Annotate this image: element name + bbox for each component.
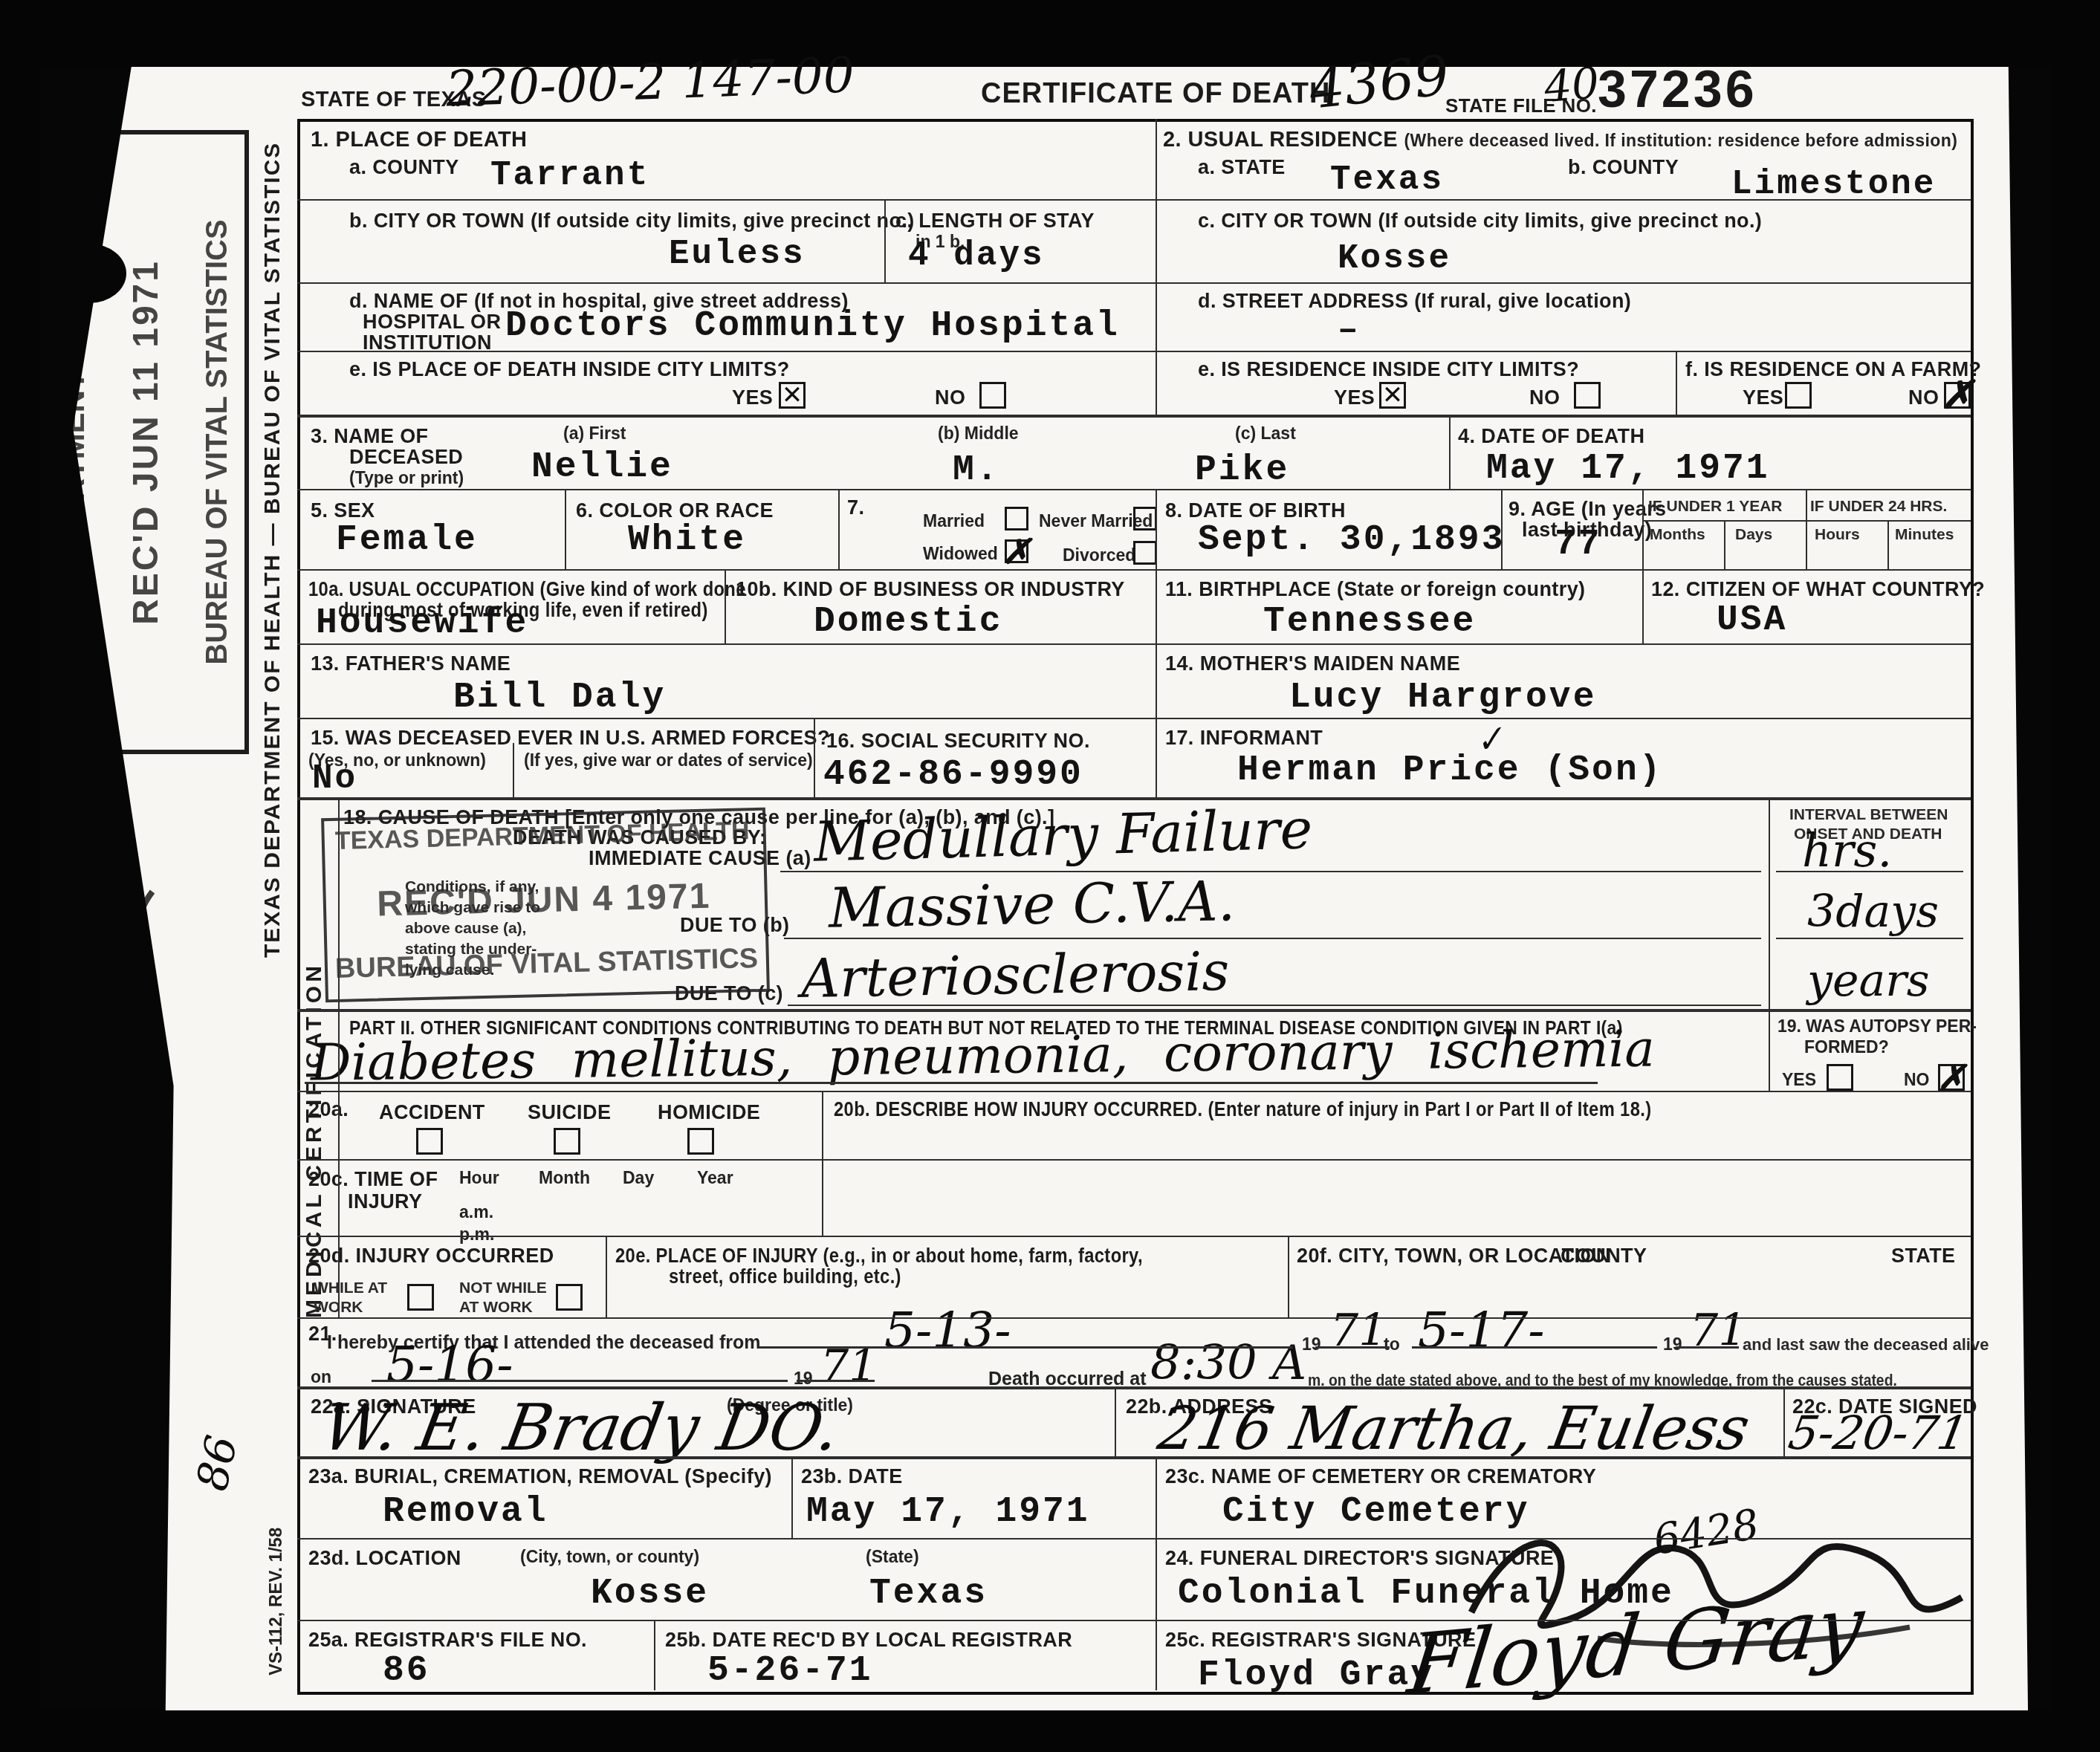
divider-line: [297, 1456, 1971, 1459]
field-4-label: 4. DATE OF DEATH: [1458, 425, 1644, 448]
field-5-label: 5. SEX: [311, 499, 375, 522]
stamp2-line1: TEXAS DEPARTMENT OF HEALTH: [331, 817, 753, 856]
divider-line: [1412, 1346, 1657, 1349]
am-label: a.m.: [459, 1202, 493, 1222]
days-label: Days: [1735, 526, 1772, 544]
vertical-dept-label: TEXAS DEPARTMENT OF HEALTH — BUREAU OF V…: [260, 123, 293, 977]
field-6-value: White: [628, 520, 746, 560]
field-7-married-label: Married: [923, 511, 985, 531]
interval-b-value: 3days: [1807, 886, 1939, 938]
date-signed-handwritten: 5-20-71: [1785, 1406, 1972, 1460]
field-9-value: 77: [1555, 525, 1602, 565]
divider-line: [1724, 520, 1725, 569]
field-20e-label2: street, office building, etc.): [669, 1265, 901, 1288]
field-1c-value: 4 days: [908, 236, 1045, 275]
at-work-label: AT WORK: [459, 1299, 533, 1317]
divider-line: [1156, 119, 1157, 415]
checkbox-1e-yes: ✕: [779, 382, 806, 409]
divider-line: [788, 1005, 1761, 1006]
handwritten-40: 40: [1542, 57, 1601, 112]
divider-line: [1642, 489, 1644, 569]
certificate-title: CERTIFICATE OF DEATH: [981, 78, 1330, 110]
year-71-a: 71: [1330, 1305, 1387, 1357]
field-12-value: USA: [1717, 600, 1787, 640]
cause-a-value: Medullary Failure: [813, 797, 1313, 875]
divider-line: [1156, 718, 1157, 797]
form-code-label: VS-112, REV. 1/58: [266, 1508, 294, 1694]
field-1e-yes-label: YES: [732, 386, 773, 409]
divider-line: [513, 743, 514, 797]
field-8-value: Sept. 30,1893: [1198, 520, 1505, 560]
attended-from-date: 5-13-: [884, 1302, 1011, 1359]
state-file-number-stamp: 37236: [1598, 59, 1757, 119]
field-25a-label: 25a. REGISTRAR'S FILE NO.: [308, 1629, 587, 1652]
field-23d-value1: Kosse: [591, 1574, 709, 1614]
field-2c-label: c. CITY OR TOWN (If outside city limits,…: [1198, 210, 1762, 233]
divider-line: [297, 1386, 1971, 1389]
to-label: to: [1384, 1334, 1400, 1354]
field-2f-label: f. IS RESIDENCE ON A FARM?: [1685, 358, 1981, 381]
field-14-value: Lucy Hargrove: [1289, 678, 1596, 718]
field-4-value: May 17, 1971: [1486, 449, 1770, 489]
field-7-widowed-label: Widowed: [923, 544, 998, 564]
suicide-label: SUICIDE: [528, 1101, 611, 1124]
divider-line: [1156, 569, 1157, 643]
field-2c-value: Kosse: [1338, 239, 1451, 278]
field-1c-label: c. LENGTH OF STAY: [895, 210, 1095, 233]
year-19-c: 19: [794, 1369, 813, 1389]
divider-line: [297, 643, 1971, 645]
field-1e-no-label: NO: [935, 386, 965, 409]
divider-line: [1315, 1346, 1390, 1349]
divider-line: [1776, 938, 1963, 939]
divider-line: [1156, 489, 1157, 569]
divider-line: [297, 415, 1971, 418]
field-19-no-label: NO: [1904, 1070, 1930, 1090]
field-1b-value: Euless: [669, 235, 806, 273]
field-2b-label: b. COUNTY: [1568, 156, 1679, 179]
divider-line: [297, 1317, 1971, 1319]
field-2e-no-label: NO: [1529, 386, 1560, 409]
checkbox-2e-no: [1574, 382, 1601, 409]
field-20e-label1: 20e. PLACE OF INJURY (e.g., in or about …: [615, 1245, 1143, 1268]
field-13-value: Bill Daly: [453, 678, 666, 718]
day-label: Day: [623, 1168, 654, 1188]
field-1d-value: Doctors Community Hospital: [505, 306, 1120, 346]
field-14-label: 14. MOTHER'S MAIDEN NAME: [1165, 652, 1460, 675]
pm-label: p.m.: [459, 1224, 494, 1245]
checkbox-2f-yes: [1785, 382, 1812, 409]
field-20b-label: 20b. DESCRIBE HOW INJURY OCCURRED. (Ente…: [834, 1098, 1651, 1121]
divider-line: [784, 938, 1761, 939]
physician-signature: W. E. Brady DO.: [317, 1391, 845, 1465]
received-stamp-jun4: TEXAS DEPARTMENT OF HEALTH REC'D JUN 4 1…: [321, 808, 770, 1003]
while-at-label: WHILE AT: [314, 1279, 387, 1297]
divider-line: [297, 489, 1971, 490]
divider-line: [1288, 1236, 1289, 1317]
divider-line: [1769, 797, 1770, 1091]
divider-line: [1806, 489, 1807, 569]
divider-line: [1156, 199, 1971, 201]
divider-line: [1156, 282, 1971, 284]
divider-line: [1156, 351, 1971, 352]
divider-line: [297, 351, 1157, 352]
field-1a-value: Tarrant: [490, 156, 649, 195]
field-10a-label1: 10a. USUAL OCCUPATION (Give kind of work…: [308, 578, 746, 601]
field-11-value: Tennessee: [1263, 602, 1476, 642]
divider-line: [1642, 569, 1644, 643]
homicide-label: HOMICIDE: [658, 1101, 760, 1124]
divider-line: [297, 1538, 1971, 1540]
field-23c-label: 23c. NAME OF CEMETERY OR CREMATORY: [1165, 1465, 1596, 1488]
checkbox-while-at-work: [407, 1284, 434, 1311]
divider-line: [758, 1346, 1293, 1349]
divider-line: [297, 1009, 1971, 1012]
field-2a-label: a. STATE: [1198, 156, 1286, 179]
divider-line: [1887, 520, 1889, 569]
field-7-divorced-label: Divorced: [1063, 545, 1135, 565]
divider-line: [1156, 1620, 1157, 1690]
year-19-b: 19: [1663, 1334, 1682, 1354]
field-3-label1: 3. NAME OF: [311, 425, 429, 448]
divider-line: [654, 1620, 655, 1690]
field-1b-label: b. CITY OR TOWN (If outside city limits,…: [349, 210, 915, 233]
field-10a-value: Housewife: [316, 603, 528, 643]
divider-line: [297, 1620, 1971, 1621]
divider-line: [372, 1380, 788, 1382]
month-label: Month: [539, 1168, 590, 1188]
checkbox-7-widowed: ✗: [1005, 539, 1028, 563]
field-3b-label: (b) Middle: [938, 424, 1019, 444]
field-1d-label2: HOSPITAL OR: [363, 311, 501, 334]
field-11-label: 11. BIRTHPLACE (State or foreign country…: [1165, 578, 1585, 601]
divider-line: [565, 489, 566, 569]
divider-line: [305, 1082, 1598, 1084]
field-23a-value: Removal: [383, 1492, 548, 1532]
checkbox-7-divorced: [1133, 541, 1157, 565]
divider-line: [297, 569, 1971, 571]
field-3c-value: Pike: [1195, 450, 1289, 490]
field-3-label2: DECEASED: [349, 446, 463, 469]
interval-c-value: years: [1807, 955, 1930, 1007]
field-2e-yes-label: YES: [1334, 386, 1375, 409]
field-23d-label: 23d. LOCATION: [308, 1547, 461, 1570]
stamp2-line3: BUREAU OF VITAL STATISTICS: [335, 943, 756, 985]
field-3-label3: (Type or print): [349, 468, 464, 488]
divider-line: [725, 569, 726, 643]
divider-line: [297, 199, 1157, 201]
checkbox-2f-no: ✗: [1944, 382, 1971, 409]
stamp-line-bureau: BUREAU OF VITAL STATISTICS: [201, 142, 234, 742]
section1-title: 1. PLACE OF DEATH: [311, 128, 527, 152]
year-71-b: 71: [1690, 1305, 1746, 1357]
field-8-label: 8. DATE OF BIRTH: [1165, 499, 1346, 522]
field-20d-label: 20d. INJURY OCCURRED: [308, 1245, 554, 1268]
field-10b-label: 10b. KIND OF BUSINESS OR INDUSTRY: [736, 578, 1125, 601]
field-16-label: 16. SOCIAL SECURITY NO.: [826, 730, 1090, 753]
interval-label1: INTERVAL BETWEEN: [1789, 806, 1948, 824]
field-2f-no-label: NO: [1908, 386, 1939, 409]
checkbox-19-no: ✗: [1938, 1064, 1965, 1091]
state-label: STATE: [1891, 1245, 1956, 1268]
field-23b-label: 23b. DATE: [801, 1465, 903, 1488]
field-5-value: Female: [336, 520, 478, 560]
on-label: on: [311, 1367, 331, 1387]
not-while-label: NOT WHILE: [459, 1279, 547, 1297]
field-20a-label: 20a.: [308, 1098, 349, 1121]
divider-line: [780, 871, 1761, 872]
interval-a-value: hrs.: [1802, 823, 1892, 877]
minutes-label: Minutes: [1895, 526, 1954, 544]
field-3a-value: Nellie: [531, 447, 673, 487]
checkbox-not-while-at-work: [556, 1284, 583, 1311]
divider-line: [797, 1380, 875, 1382]
divider-line: [297, 1236, 1971, 1237]
year-label: Year: [697, 1168, 733, 1188]
divider-line: [1676, 351, 1677, 415]
checkbox-2e-yes: ✕: [1379, 382, 1406, 409]
scanned-death-certificate: STATE OF TEXAS 220-00-2 147-00 CERTIFICA…: [0, 0, 2100, 1752]
divider-line: [1783, 1386, 1785, 1456]
divider-line: [1115, 1386, 1116, 1456]
section2-title-paren: (Where deceased lived. If institution: r…: [1404, 131, 1958, 150]
field-2f-yes-label: YES: [1743, 386, 1783, 409]
stamp-line-date: REC'D JUN 11 1971: [126, 142, 166, 742]
hours-label: Hours: [1815, 526, 1860, 544]
if-under-1-year-label: IF UNDER 1 YEAR: [1648, 498, 1782, 516]
field-15-label: 15. WAS DECEASED EVER IN U.S. ARMED FORC…: [311, 727, 830, 750]
divider-line: [884, 199, 886, 282]
if-under-24-hrs-label: IF UNDER 24 HRS.: [1810, 498, 1947, 516]
checkbox-7-married: [1005, 507, 1028, 531]
divider-line: [297, 797, 1971, 800]
field-20c-label2: INJURY: [348, 1190, 422, 1213]
divider-line: [338, 797, 340, 1317]
divider-line: [1156, 1538, 1157, 1620]
field-19-label1: 19. WAS AUTOPSY PER-: [1777, 1016, 1977, 1036]
section2-title: 2. USUAL RESIDENCE (Where deceased lived…: [1163, 128, 1957, 152]
field-1a-label: a. COUNTY: [349, 156, 459, 179]
divider-line: [814, 718, 815, 797]
field-2e-label: e. IS RESIDENCE INSIDE CITY LIMITS?: [1198, 358, 1579, 381]
divider-line: [297, 1091, 1971, 1092]
field-16-value: 462-86-9990: [823, 755, 1083, 795]
divider-line: [1156, 1456, 1157, 1538]
months-label: Months: [1650, 526, 1705, 544]
field-2a-value: Texas: [1330, 160, 1444, 199]
last-seen-date: 5-16-: [386, 1336, 513, 1393]
divider-line: [297, 718, 1971, 719]
checkbox-19-yes: [1827, 1064, 1853, 1091]
field-3a-label: (a) First: [563, 424, 626, 444]
field-6-label: 6. COLOR OR RACE: [576, 499, 774, 522]
divider-line: [1449, 415, 1451, 489]
field-1e-label: e. IS PLACE OF DEATH INSIDE CITY LIMITS?: [349, 358, 790, 381]
physician-address-handwritten: 216 Martha, Euless: [1153, 1394, 1755, 1463]
checkbox-suicide: [554, 1128, 580, 1155]
certify-text-2: and last saw the deceased alive: [1743, 1335, 1989, 1354]
county-label: COUNTY: [1561, 1245, 1647, 1268]
divider-line: [822, 1091, 823, 1236]
divider-line: [1501, 489, 1503, 569]
stamp2-line2: REC'D JUN 4 1971: [333, 875, 754, 926]
field-23d-value2: Texas: [869, 1574, 988, 1614]
field-25b-value: 5-26-71: [707, 1651, 873, 1691]
checkbox-1e-no: [979, 382, 1006, 409]
field-20c-label1: 20c. TIME OF: [308, 1168, 438, 1191]
divider-line: [838, 489, 840, 569]
checkbox-accident: [416, 1128, 443, 1155]
divider-line: [1776, 871, 1963, 872]
field-25a-value: 86: [383, 1651, 430, 1691]
field-25c-value: Floyd Gray: [1198, 1655, 1434, 1696]
field-19-label2: FORMED?: [1804, 1037, 1889, 1057]
cause-c-value: Arteriosclerosis: [800, 940, 1230, 1010]
field-17-value: Herman Price (Son): [1237, 750, 1662, 791]
death-time-value: 8:30 A: [1150, 1336, 1306, 1391]
field-3c-label: (c) Last: [1235, 424, 1296, 444]
field-15-value: No: [312, 759, 357, 798]
scan-blob-top: [52, 244, 126, 303]
field-7-label: 7.: [847, 496, 864, 519]
field-15-sub2: (If yes, give war or dates of service): [524, 750, 813, 770]
divider-line: [606, 1236, 607, 1317]
field-25b-label: 25b. DATE REC'D BY LOCAL REGISTRAR: [665, 1629, 1072, 1652]
field-17-label: 17. INFORMANT: [1165, 727, 1323, 750]
divider-line: [791, 1456, 793, 1538]
field-3b-value: M.: [953, 450, 1000, 490]
cause-b-value: Massive C.V.A.: [828, 869, 1236, 941]
field-12-label: 12. CITIZEN OF WHAT COUNTRY?: [1651, 578, 1985, 601]
checkbox-7-never-married: [1133, 507, 1157, 531]
divider-line: [297, 1159, 1971, 1161]
field-2d-label: d. STREET ADDRESS (If rural, give locati…: [1198, 290, 1631, 313]
divider-line: [1676, 1346, 1739, 1349]
field-2b-value: Limestone: [1731, 165, 1936, 204]
hour-label: Hour: [459, 1168, 499, 1188]
checkbox-homicide: [687, 1128, 714, 1155]
field-23b-value: May 17, 1971: [806, 1492, 1090, 1532]
field-23d-sub1: (City, town, or county): [520, 1547, 699, 1567]
divider-line: [297, 282, 1157, 284]
field-23a-label: 23a. BURIAL, CREMATION, REMOVAL (Specify…: [308, 1465, 772, 1488]
field-23d-sub2: (State): [866, 1547, 919, 1567]
field-13-label: 13. FATHER'S NAME: [311, 652, 511, 675]
field-19-yes-label: YES: [1782, 1070, 1816, 1090]
field-2d-value: –: [1338, 311, 1361, 349]
divider-line: [1156, 643, 1157, 718]
attended-to-date: 5-17-: [1418, 1302, 1545, 1359]
field-10b-value: Domestic: [814, 602, 1002, 642]
accident-label: ACCIDENT: [379, 1101, 485, 1124]
